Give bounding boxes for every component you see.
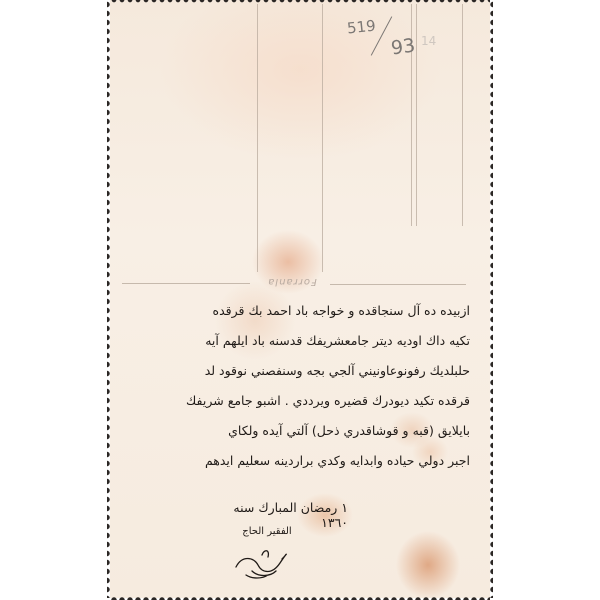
- letter-line: قرقده تكيد ديودرك قضيره ويرددي . اشبو جا…: [140, 386, 470, 416]
- letter-line: ازبيده ده آل سنجاقده و خواجه باد احمد بك…: [140, 296, 470, 326]
- letter-line: تكيه داك اوديه ديتر جامعشريفك قدسنه باد …: [140, 326, 470, 356]
- signoff: الفقير الحاج: [222, 526, 312, 537]
- brand-mark: Forranla: [262, 276, 322, 287]
- divider-line: [122, 283, 250, 284]
- scalloped-edge-left: [107, 0, 113, 598]
- divider-line: [330, 284, 466, 285]
- letter-line: بايلايق (قبه و قوشاقدري ذحل) آلتي آيده و…: [140, 416, 470, 446]
- letter-line: حلبلديك رفونوعاونيني آلجي بجه وسنفصني نو…: [140, 356, 470, 386]
- catalog-number-faint: 14: [421, 34, 436, 48]
- catalog-number-bottom: 93: [390, 34, 417, 59]
- guide-line: [257, 4, 258, 272]
- handwritten-letter: ازبيده ده آل سنجاقده و خواجه باد احمد بك…: [140, 296, 470, 476]
- signature: [232, 545, 292, 581]
- catalog-number-top: 519: [346, 17, 376, 38]
- guide-line: [322, 4, 323, 272]
- scalloped-edge-right: [487, 0, 493, 598]
- letter-line: اجبر دولي حياده وابدايه وكدي براردينه سع…: [140, 446, 470, 476]
- catalog-number: 519 93 14: [345, 8, 465, 68]
- scalloped-edge-bottom: [110, 594, 490, 600]
- signature-flourish: [232, 545, 292, 581]
- scalloped-edge-top: [110, 0, 490, 5]
